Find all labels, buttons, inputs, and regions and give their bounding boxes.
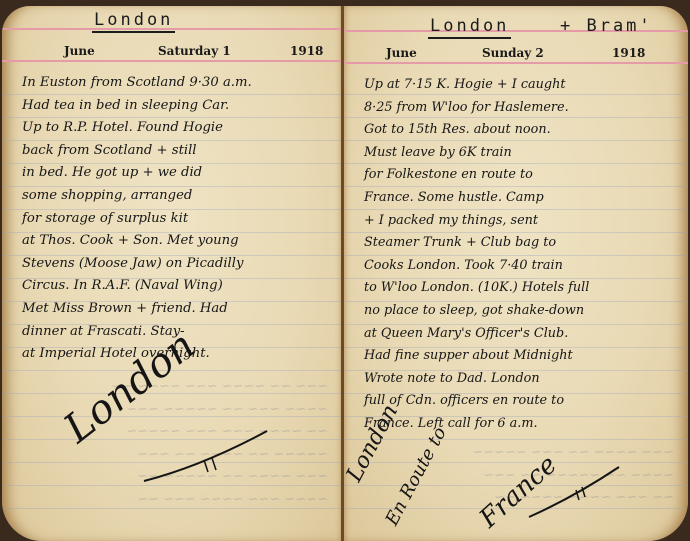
right-entry: Up at 7·15 K. Hogie + I caught 8·25 from… <box>364 74 676 436</box>
right-month: June <box>386 46 417 60</box>
left-entry: In Euston from Scotland 9·30 a.m. Had te… <box>22 72 330 366</box>
entry-line: at Thos. Cook + Son. Met young <box>22 230 330 253</box>
entry-line: for Folkestone en route to <box>364 164 676 187</box>
entry-line: France. Left call for 6 a.m. <box>364 413 676 436</box>
header-rule-bottom <box>2 60 342 62</box>
entry-line: some shopping, arranged <box>22 185 330 208</box>
entry-line: back from Scotland + still <box>22 140 330 163</box>
entry-line: Wrote note to Dad. London <box>364 368 676 391</box>
right-day: Sunday 2 <box>482 46 544 60</box>
left-year: 1918 <box>290 44 323 58</box>
right-place-heading-extra: + Bram' <box>558 16 655 37</box>
entry-line: full of Cdn. officers en route to <box>364 390 676 413</box>
right-page: London + Bram' June Sunday 2 1918 Up at … <box>344 6 688 541</box>
left-page: London June Saturday 1 1918 In Euston fr… <box>2 6 342 541</box>
left-day: Saturday 1 <box>158 44 231 58</box>
entry-line: to W'loo London. (10K.) Hotels full <box>364 277 676 300</box>
entry-line: France. Some hustle. Camp <box>364 187 676 210</box>
header-rule-bottom <box>344 62 688 64</box>
entry-line: no place to sleep, got shake-down <box>364 300 676 323</box>
entry-line: + I packed my things, sent <box>364 210 676 233</box>
signature-flourish <box>142 426 272 486</box>
entry-line: Up to R.P. Hotel. Found Hogie <box>22 117 330 140</box>
right-year: 1918 <box>612 46 645 60</box>
entry-line: Cooks London. Took 7·40 train <box>364 255 676 278</box>
entry-line: for storage of surplus kit <box>22 208 330 231</box>
entry-line: at Queen Mary's Officer's Club. <box>364 323 676 346</box>
entry-line: 8·25 from W'loo for Haslemere. <box>364 97 676 120</box>
ruled-line <box>344 439 688 440</box>
entry-line: Circus. In R.A.F. (Naval Wing) <box>22 275 330 298</box>
diary-spread: London June Saturday 1 1918 In Euston fr… <box>0 0 690 541</box>
right-place-heading: London <box>428 16 511 39</box>
entry-line: Steamer Trunk + Club bag to <box>364 232 676 255</box>
entry-line: Had fine supper about Midnight <box>364 345 676 368</box>
entry-line: In Euston from Scotland 9·30 a.m. <box>22 72 330 95</box>
signature-flourish <box>524 462 624 522</box>
entry-line: in bed. He got up + we did <box>22 162 330 185</box>
entry-line: Got to 15th Res. about noon. <box>364 119 676 142</box>
entry-line: Up at 7·15 K. Hogie + I caught <box>364 74 676 97</box>
entry-line: Had tea in bed in sleeping Car. <box>22 95 330 118</box>
entry-line: Stevens (Moose Jaw) on Picadilly <box>22 253 330 276</box>
entry-line: Must leave by 6K train <box>364 142 676 165</box>
left-place-heading: London <box>92 10 175 33</box>
left-month: June <box>64 44 95 58</box>
entry-line: Met Miss Brown + friend. Had <box>22 298 330 321</box>
